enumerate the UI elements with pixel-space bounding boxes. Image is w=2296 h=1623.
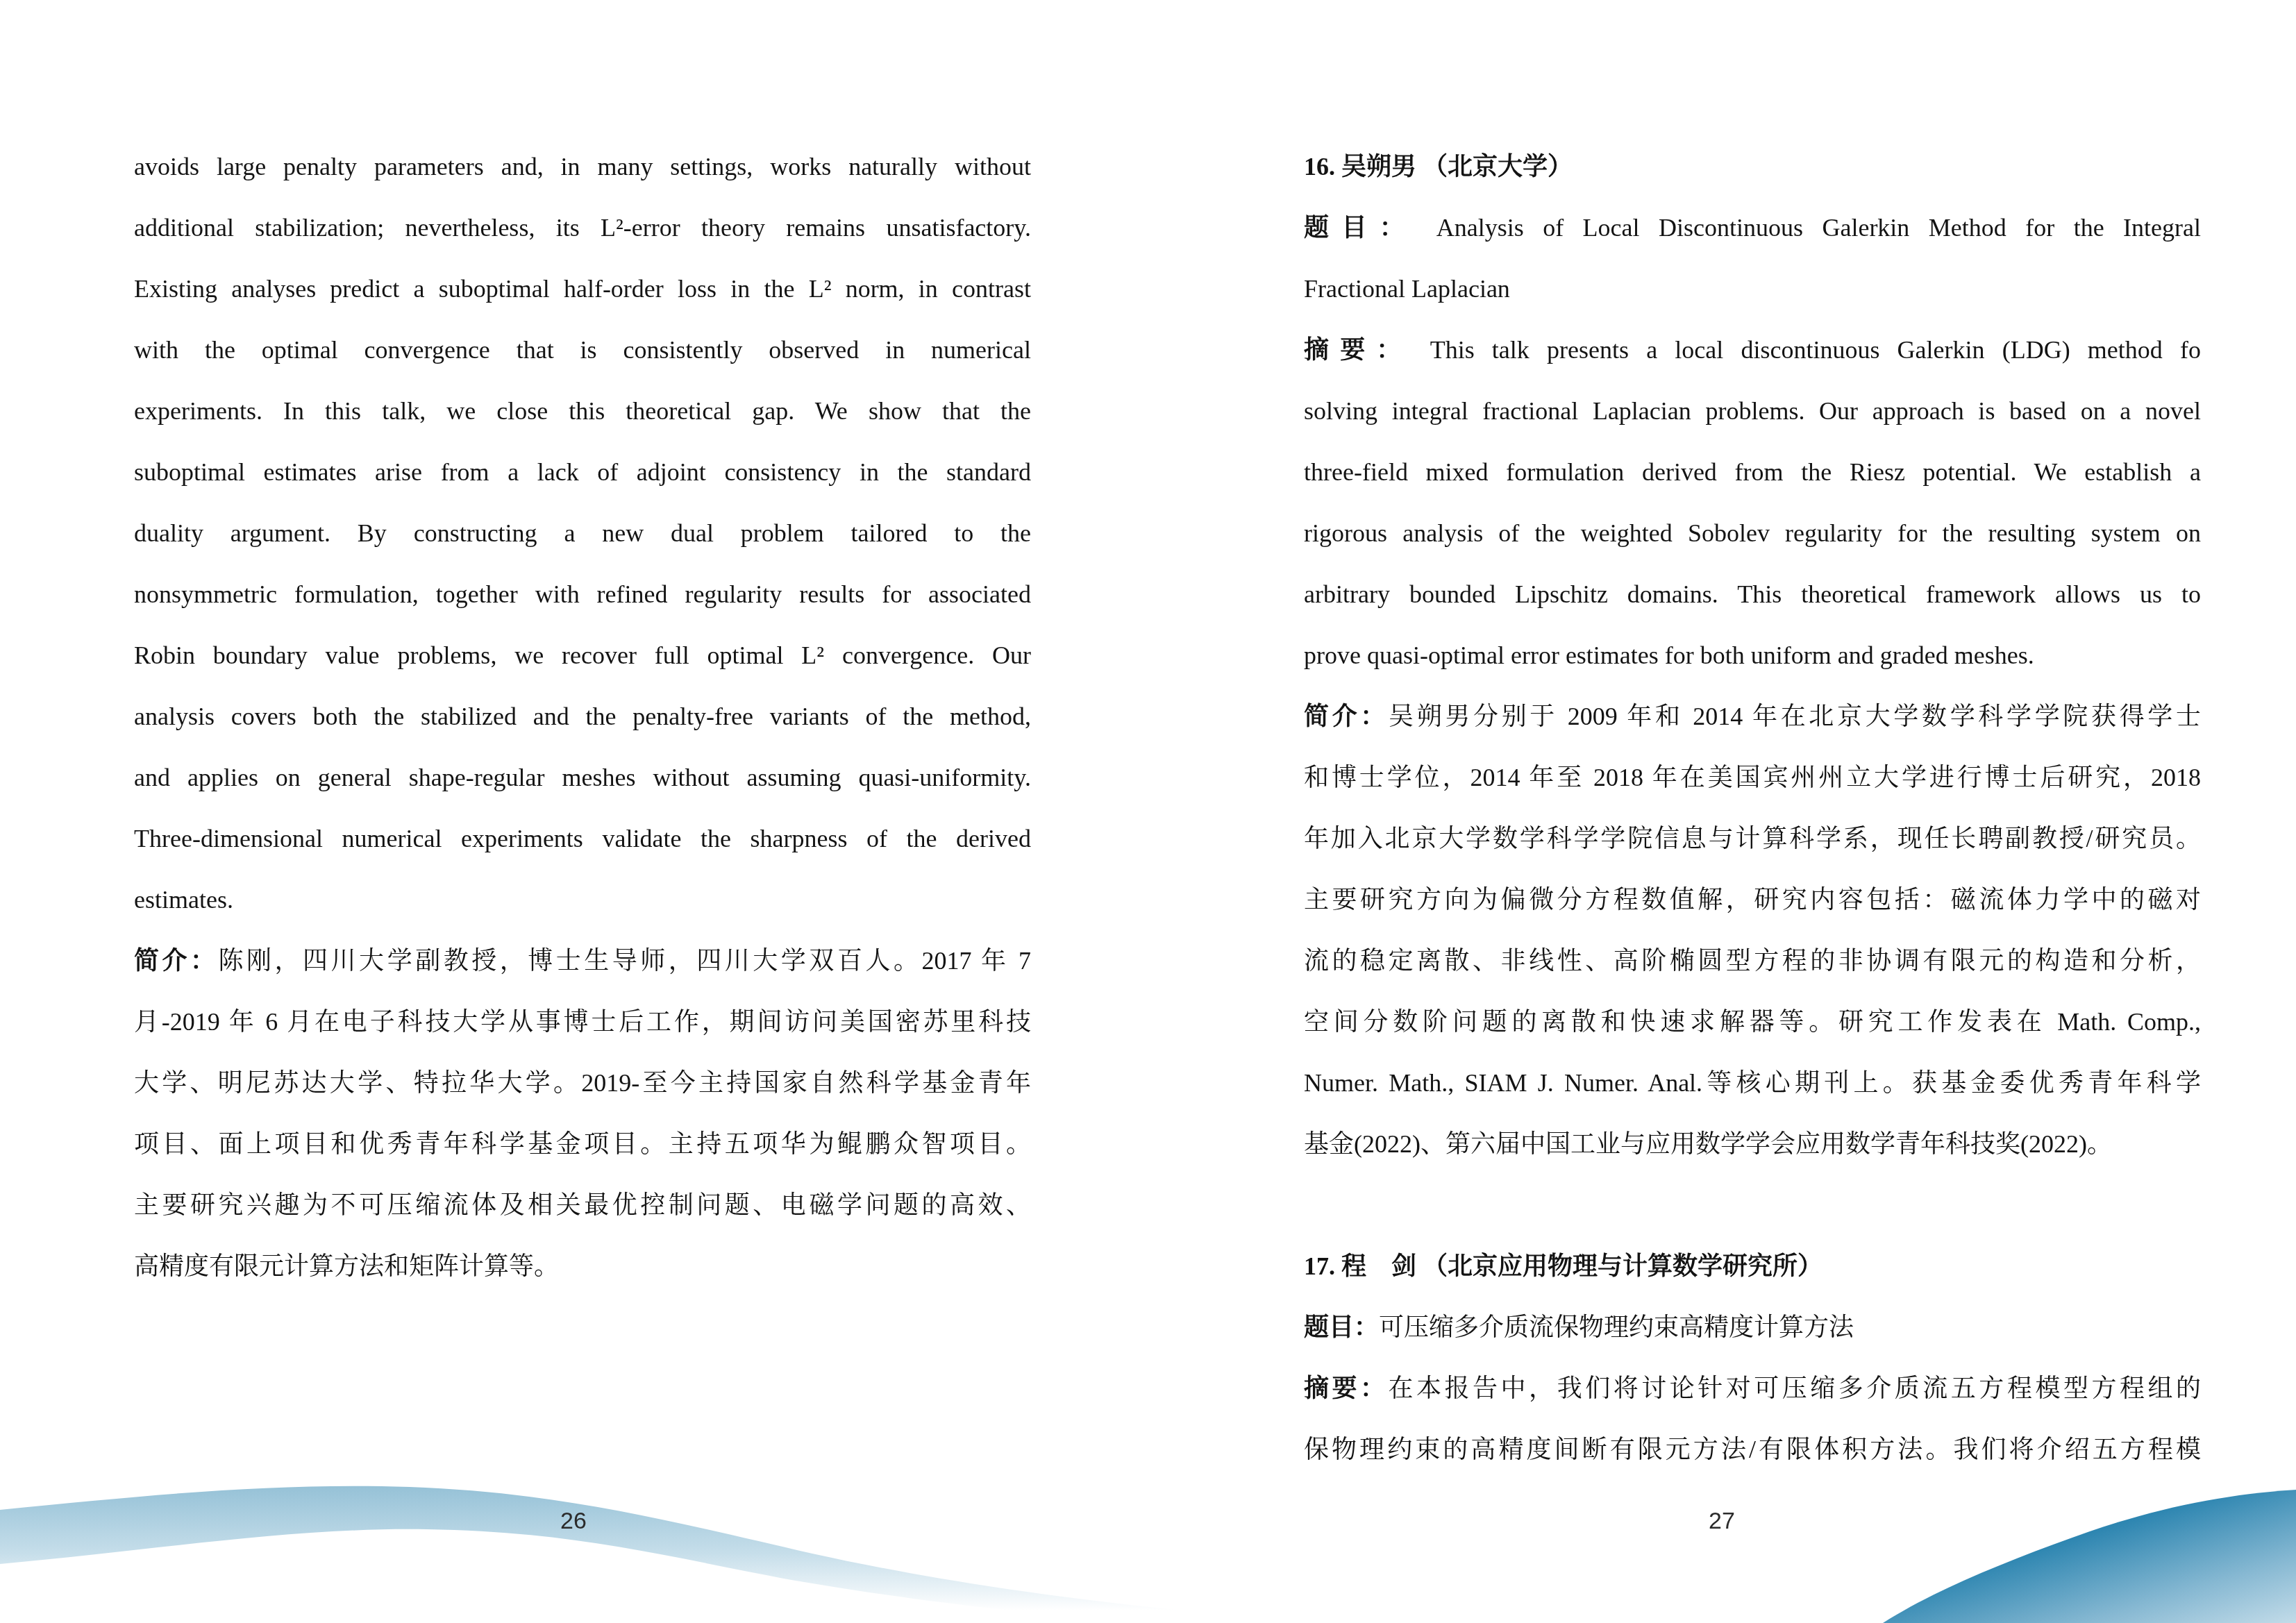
text-line: additional stabilization; nevertheless, … (134, 197, 1031, 258)
page-number-left: 26 (525, 1506, 622, 1536)
text-line: 简介：陈刚，四川大学副教授，博士生导师，四川大学双百人。2017 年 7 (134, 930, 1031, 991)
text-line: suboptimal estimates arise from a lack o… (134, 442, 1031, 503)
bold-label: 摘要： (1304, 336, 1413, 364)
text-line: Robin boundary value problems, we recove… (134, 625, 1031, 686)
text-line: 和博士学位，2014 年至 2018 年在美国宾州州立大学进行博士后研究，201… (1304, 747, 2201, 808)
text-line: 流的稳定离散、非线性、高阶椭圆型方程的非协调有限元的构造和分析， (1304, 930, 2201, 991)
page-left-text-column: avoids large penalty parameters and, in … (134, 136, 1031, 1297)
text-line: duality argument. By constructing a new … (134, 503, 1031, 564)
bold-label: 题目： (1304, 1313, 1379, 1341)
blank-line (1304, 1175, 2201, 1236)
text-line: rigorous analysis of the weighted Sobole… (1304, 503, 2201, 564)
text-line: 年加入北京大学数学科学学院信息与计算科学系，现任长聘副教授/研究员。 (1304, 808, 2201, 869)
text-line: 摘要： This talk presents a local discontin… (1304, 319, 2201, 380)
text-line: 简介：吴朔男分别于 2009 年和 2014 年在北京大学数学科学学院获得学士 (1304, 686, 2201, 747)
bold-label: 摘要： (1304, 1374, 1389, 1402)
text-line: Fractional Laplacian (1304, 258, 2201, 319)
page-right-text-column: 16. 吴朔男 （北京大学）题目： Analysis of Local Disc… (1304, 136, 2201, 1480)
text-line: solving integral fractional Laplacian pr… (1304, 380, 2201, 442)
bold-label: 简介： (134, 947, 219, 975)
text-line: 月-2019 年 6 月在电子科技大学从事博士后工作，期间访问美国密苏里科技 (134, 991, 1031, 1052)
text-line: 摘要：在本报告中，我们将讨论针对可压缩多介质流五方程模型方程组的 (1304, 1358, 2201, 1419)
text-line: Existing analyses predict a suboptimal h… (134, 258, 1031, 319)
text-line: 项目、面上项目和优秀青年科学基金项目。主持五项华为鲲鹏众智项目。 (134, 1113, 1031, 1175)
text-line: experiments. In this talk, we close this… (134, 380, 1031, 442)
text-line: 题目： Analysis of Local Discontinuous Gale… (1304, 197, 2201, 258)
text-line: 大学、明尼苏达大学、特拉华大学。2019-至今主持国家自然科学基金青年 (134, 1052, 1031, 1113)
text-line: arbitrary bounded Lipschitz domains. Thi… (1304, 564, 2201, 625)
text-line: 基金(2022)、第六届中国工业与应用数学学会应用数学青年科技奖(2022)。 (1304, 1113, 2201, 1175)
text-line: with the optimal convergence that is con… (134, 319, 1031, 380)
text-line: 题目：可压缩多介质流保物理约束高精度计算方法 (1304, 1297, 2201, 1358)
text-line: 高精度有限元计算方法和矩阵计算等。 (134, 1236, 1031, 1297)
text-line: analysis covers both the stabilized and … (134, 686, 1031, 747)
text-line: 保物理约束的高精度间断有限元方法/有限体积方法。我们将介绍五方程模 (1304, 1419, 2201, 1480)
bold-label: 简介： (1304, 703, 1389, 730)
text-line: estimates. (134, 869, 1031, 930)
text-line: 主要研究兴趣为不可压缩流体及相关最优控制问题、电磁学问题的高效、 (134, 1175, 1031, 1236)
text-line: prove quasi-optimal error estimates for … (1304, 625, 2201, 686)
page-number-right: 27 (1673, 1506, 1770, 1536)
bold-label: 题目： (1304, 214, 1417, 242)
text-line: avoids large penalty parameters and, in … (134, 136, 1031, 197)
wave-ribbon-left (0, 1486, 1333, 1623)
text-line: Numer. Math., SIAM J. Numer. Anal.等核心期刊上… (1304, 1052, 2201, 1113)
wave-corner-right (1883, 1490, 2296, 1623)
document-spread: avoids large penalty parameters and, in … (0, 0, 2296, 1623)
text-line: three-field mixed formulation derived fr… (1304, 442, 2201, 503)
entry-heading: 16. 吴朔男 （北京大学） (1304, 136, 2201, 197)
text-line: Three-dimensional numerical experiments … (134, 808, 1031, 869)
text-line: nonsymmetric formulation, together with … (134, 564, 1031, 625)
entry-heading: 17. 程 剑 （北京应用物理与计算数学研究所） (1304, 1236, 2201, 1297)
text-line: 空间分数阶问题的离散和快速求解器等。研究工作发表在 Math. Comp., (1304, 991, 2201, 1052)
text-line: 主要研究方向为偏微分方程数值解，研究内容包括：磁流体力学中的磁对 (1304, 869, 2201, 930)
text-line: and applies on general shape-regular mes… (134, 747, 1031, 808)
